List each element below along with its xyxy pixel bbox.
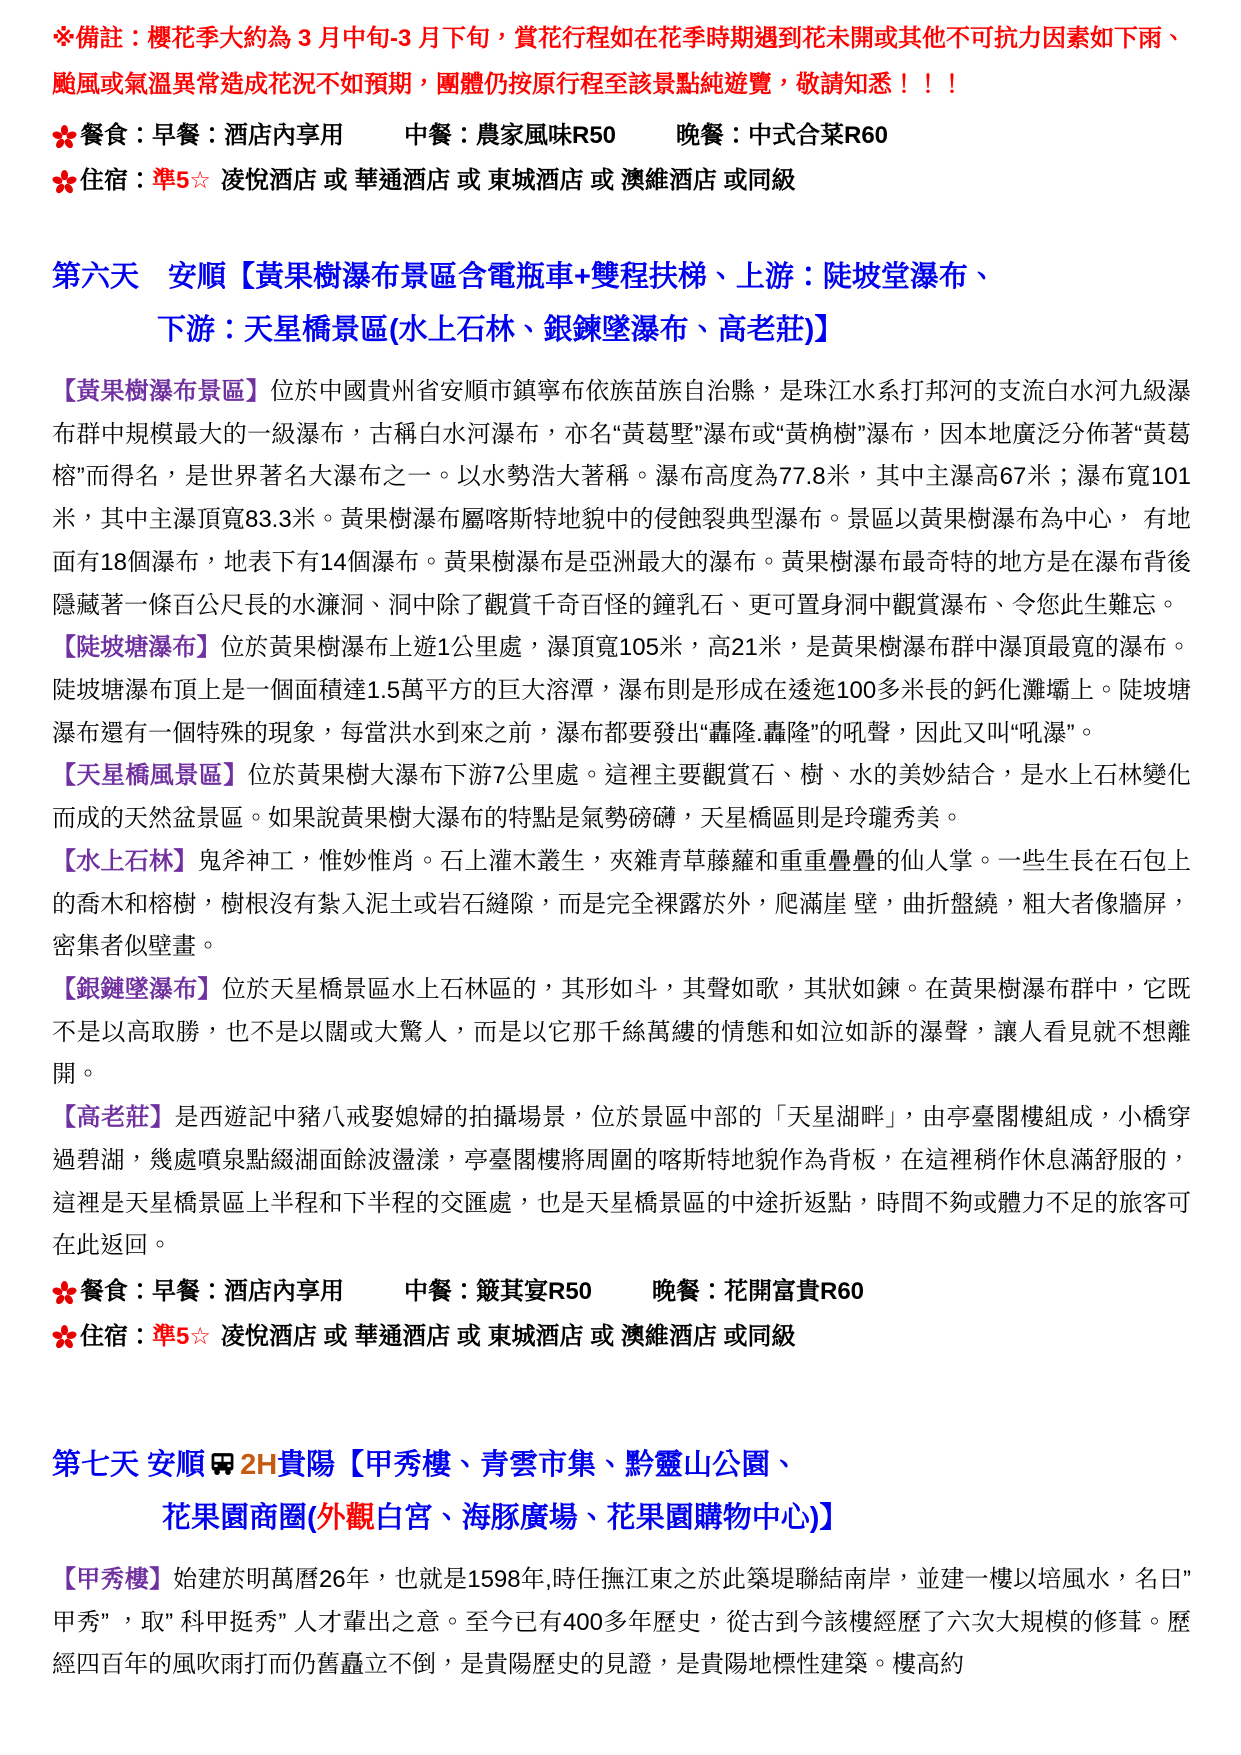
meal-lunch: 中餐：農家風味R50 — [404, 114, 676, 159]
season-notice: ※備註：櫻花季大約為 3 月中旬-3 月下旬，賞花行程如在花季時期遇到花未開或其… — [52, 16, 1191, 108]
section-body: 是西遊記中豬八戒娶媳婦的拍攝場景，位於景區中部的「天星湖畔」，由亭臺閣樓組成，小… — [52, 1104, 1191, 1259]
section-header: 【高老莊】 — [52, 1104, 175, 1131]
day6-title-line1: 第六天 安順【黃果樹瀑布景區含電瓶車+雙程扶梯、上游：陡坡堂瀑布、 — [52, 251, 1191, 304]
day7-title-line2: 花果園商圈(外觀白宮、海豚廣場、花果園購物中心)】 — [162, 1492, 1191, 1545]
flower-icon — [52, 1325, 77, 1350]
day6-lodging-row: 住宿： 準5☆ 凌悅酒店 或 華通酒店 或 東城酒店 或 澳維酒店 或同級 — [52, 1315, 1191, 1360]
flower-icon — [52, 170, 77, 195]
lodging-label: 住宿： — [80, 159, 152, 204]
meals-label: 餐食： — [80, 1270, 152, 1315]
section-header: 【天星橋風景區】 — [52, 762, 248, 789]
star-icon: ☆ — [189, 1323, 211, 1350]
meal-breakfast: 早餐：酒店內享用 — [152, 114, 404, 159]
section-shuishangshilin: 【水上石林】鬼斧神工，惟妙惟肖。石上灌木叢生，夾雜青草藤蘿和重重疊疊的仙人掌。一… — [52, 841, 1191, 969]
meal-lunch: 中餐：簸萁宴R50 — [404, 1270, 652, 1315]
day5-lodging-row: 住宿： 準5☆ 凌悅酒店 或 華通酒店 或 東城酒店 或 澳維酒店 或同級 — [52, 159, 1191, 204]
exterior-view-note: 外觀 — [317, 1502, 375, 1534]
section-header: 【水上石林】 — [52, 848, 197, 875]
flower-icon — [52, 125, 77, 150]
meal-dinner: 晚餐：花開富貴R60 — [652, 1270, 864, 1315]
section-header: 【銀鏈墜瀑布】 — [52, 976, 222, 1003]
day7-title-day: 第七天 安順 — [52, 1449, 205, 1481]
meal-dinner: 晚餐：中式合菜R60 — [676, 114, 888, 159]
section-huangguoshu: 【黃果樹瀑布景區】位於中國貴州省安順市鎮寧布依族苗族自治縣，是珠江水系打邦河的支… — [52, 371, 1191, 627]
itinerary-page: ※備註：櫻花季大約為 3 月中旬-3 月下旬，賞花行程如在花季時期遇到花未開或其… — [0, 0, 1241, 1687]
lodging-label: 住宿： — [80, 1315, 152, 1360]
day6-meals-row: 餐食： 早餐：酒店內享用 中餐：簸萁宴R50 晚餐：花開富貴R60 — [52, 1270, 1191, 1315]
section-header: 【黃果樹瀑布景區】 — [52, 378, 270, 405]
section-header: 【陡坡塘瀑布】 — [52, 634, 220, 661]
section-doupotang: 【陡坡塘瀑布】位於黃果樹瀑布上遊1公里處，瀑頂寬105米，高21米，是黃果樹瀑布… — [52, 627, 1191, 755]
section-header: 【甲秀樓】 — [52, 1566, 173, 1593]
day7-title-line1: 第七天 安順2H貴陽【甲秀樓、青雲市集、黔靈山公園、 — [52, 1439, 1191, 1492]
lodging-hotels: 凌悅酒店 或 華通酒店 或 東城酒店 或 澳維酒店 或同級 — [221, 159, 796, 204]
day5-meals-row: 餐食： 早餐：酒店內享用 中餐：農家風味R50 晚餐：中式合菜R60 — [52, 114, 1191, 159]
meals-label: 餐食： — [80, 114, 152, 159]
lodging-hotels: 凌悅酒店 或 華通酒店 或 東城酒店 或 澳維酒店 或同級 — [221, 1315, 796, 1360]
section-body: 位於天星橋景區水上石林區的，其形如斗，其聲如歌，其狀如鍊。在黃果樹瀑布群中，它既… — [52, 976, 1191, 1088]
day6-title: 第六天 安順【黃果樹瀑布景區含電瓶車+雙程扶梯、上游：陡坡堂瀑布、 下游：天星橋… — [52, 251, 1191, 357]
bus-icon — [209, 1452, 236, 1476]
flower-icon — [52, 1281, 77, 1306]
day7-bus-duration: 2H — [240, 1449, 277, 1481]
section-gaolaozhuang: 【高老莊】是西遊記中豬八戒娶媳婦的拍攝場景，位於景區中部的「天星湖畔」，由亭臺閣… — [52, 1097, 1191, 1268]
section-body: 位於黃果樹瀑布上遊1公里處，瀑頂寬105米，高21米，是黃果樹瀑布群中瀑頂最寬的… — [52, 634, 1191, 746]
section-tianxingqiao: 【天星橋風景區】位於黃果樹大瀑布下游7公里處。這裡主要觀賞石、樹、水的美妙結合，… — [52, 755, 1191, 840]
meal-breakfast: 早餐：酒店內享用 — [152, 1270, 404, 1315]
section-jiaxiulou: 【甲秀樓】始建於明萬曆26年，也就是1598年,時任撫江東之於此築堤聯結南岸，並… — [52, 1559, 1191, 1687]
day7-title-rest: 貴陽【甲秀樓、青雲市集、黔靈山公園、 — [277, 1449, 799, 1481]
star-icon: ☆ — [189, 167, 211, 194]
section-yinlianzhui: 【銀鏈墜瀑布】位於天星橋景區水上石林區的，其形如斗，其聲如歌，其狀如鍊。在黃果樹… — [52, 969, 1191, 1097]
lodging-grade: 準5☆ — [152, 1315, 211, 1360]
day7-title: 第七天 安順2H貴陽【甲秀樓、青雲市集、黔靈山公園、 花果園商圈(外觀白宮、海豚… — [52, 1439, 1191, 1545]
lodging-grade: 準5☆ — [152, 159, 211, 204]
section-body: 鬼斧神工，惟妙惟肖。石上灌木叢生，夾雜青草藤蘿和重重疊疊的仙人掌。一些生長在石包… — [52, 848, 1191, 960]
section-body: 始建於明萬曆26年，也就是1598年,時任撫江東之於此築堤聯結南岸，並建一樓以培… — [52, 1566, 1191, 1678]
day6-title-line2: 下游：天星橋景區(水上石林、銀鍊墜瀑布、高老莊)】 — [157, 304, 1191, 357]
section-body: 位於中國貴州省安順市鎮寧布依族苗族自治縣，是珠江水系打邦河的支流白水河九級瀑布群… — [52, 378, 1191, 619]
